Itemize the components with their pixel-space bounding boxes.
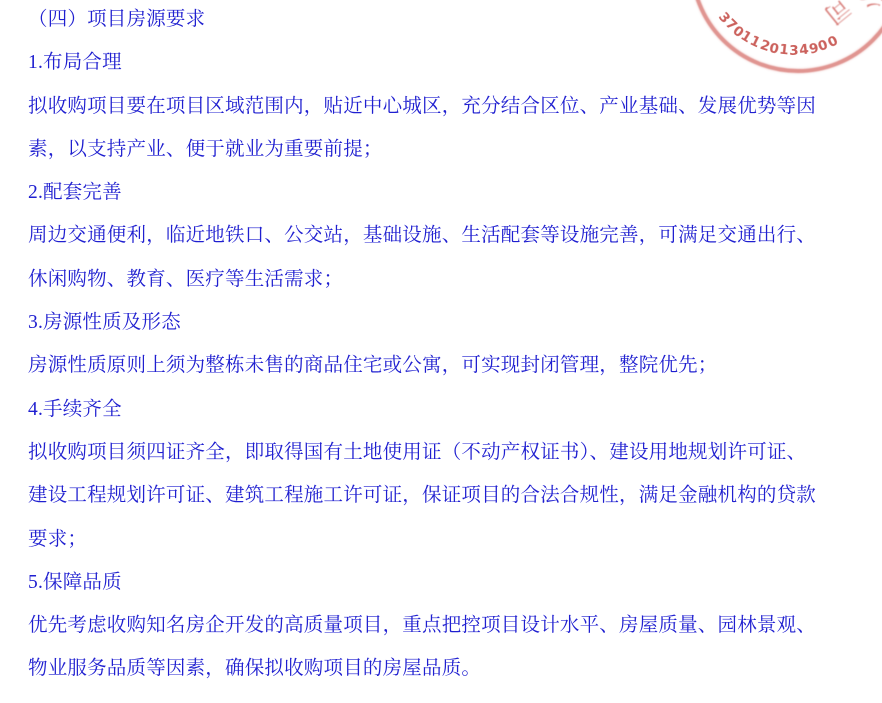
paragraph-line: 拟收购项目须四证齐全，即取得国有土地使用证（不动产权证书）、建设用地规划许可证、 bbox=[28, 431, 882, 474]
subheading-3-property-type: 3.房源性质及形态 bbox=[28, 301, 882, 344]
subheading-1-layout: 1.布局合理 bbox=[28, 41, 882, 84]
document-body: （四）项目房源要求 1.布局合理 拟收购项目要在项目区域范围内，贴近中心城区，充… bbox=[0, 0, 882, 691]
paragraph-line: 周边交通便利，临近地铁口、公交站，基础设施、生活配套等设施完善，可满足交通出行、 bbox=[28, 214, 882, 257]
paragraph-line: 拟收购项目要在项目区域范围内，贴近中心城区，充分结合区位、产业基础、发展优势等因 bbox=[28, 85, 882, 128]
section-heading: （四）项目房源要求 bbox=[28, 0, 882, 41]
paragraph-line: 优先考虑收购知名房企开发的高质量项目，重点把控项目设计水平、房屋质量、园林景观、 bbox=[28, 604, 882, 647]
subheading-5-quality: 5.保障品质 bbox=[28, 561, 882, 604]
document-page: （四）项目房源要求 1.布局合理 拟收购项目要在项目区域范围内，贴近中心城区，充… bbox=[0, 0, 882, 703]
paragraph-line: 物业服务品质等因素，确保拟收购项目的房屋品质。 bbox=[28, 647, 882, 690]
paragraph-line: 休闲购物、教育、医疗等生活需求； bbox=[28, 258, 882, 301]
paragraph-line: 建设工程规划许可证、建筑工程施工许可证，保证项目的合法合规性，满足金融机构的贷款 bbox=[28, 474, 882, 517]
paragraph-line: 要求； bbox=[28, 518, 882, 561]
subheading-4-documentation: 4.手续齐全 bbox=[28, 388, 882, 431]
paragraph-line: 素，以支持产业、便于就业为重要前提； bbox=[28, 128, 882, 171]
subheading-2-facilities: 2.配套完善 bbox=[28, 171, 882, 214]
paragraph-line: 房源性质原则上须为整栋未售的商品住宅或公寓，可实现封闭管理，整院优先； bbox=[28, 344, 882, 387]
